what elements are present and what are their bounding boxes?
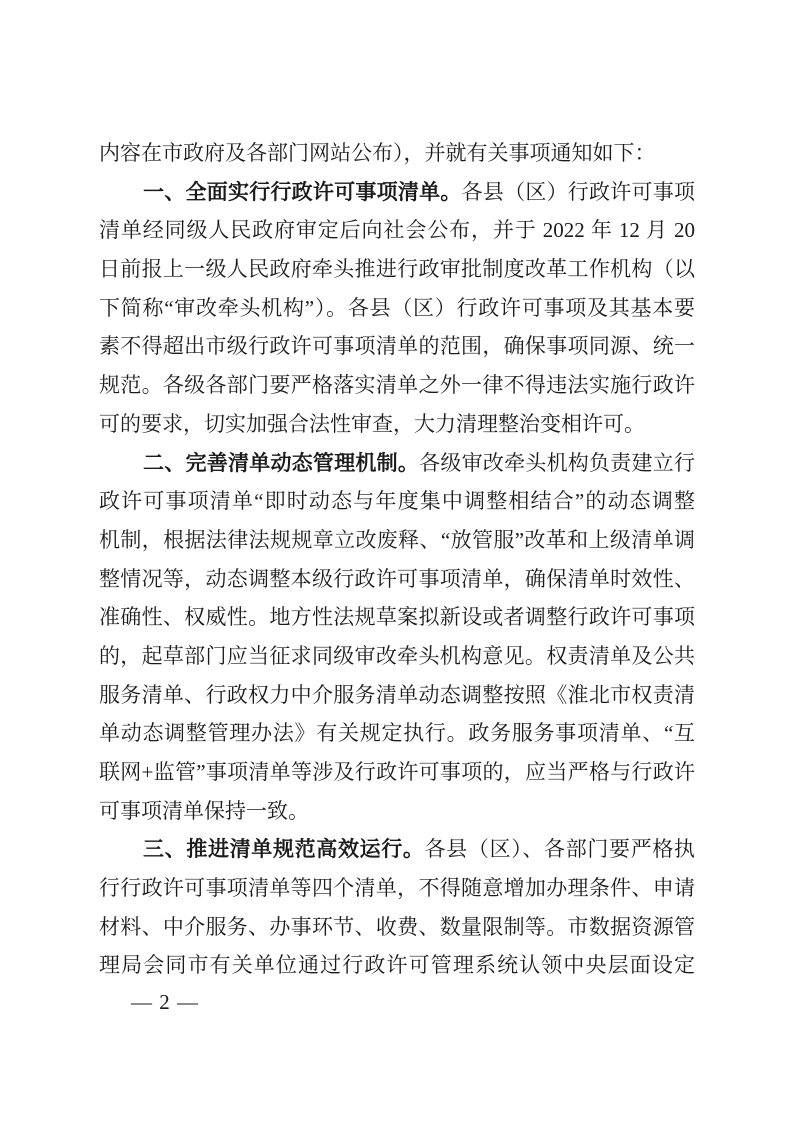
body-text: 可的要求，切实加强合法性审查，大力清理整治变相许可。 [99,412,645,436]
body-text: 机制，根据法律法规规章立改废释、“放管服”改革和上级清单调 [99,528,695,552]
section-heading: 三、推进清单规范高效运行。 [143,838,425,861]
body-text: 规范。各级各部门要严格落实清单之外一律不得违法实施行政许 [99,373,695,397]
text-line: 内容在市政府及各部门网站公布），并就有关事项通知如下： [99,134,695,173]
body-text: 素不得超出市级行政许可事项清单的范围，确保事项同源、统一 [99,334,695,358]
text-line: 的，起草部门应当征求同级审改牵头机构意见。权责清单及公共 [99,637,695,676]
body-text: 各级审改牵头机构负责建立行 [419,451,695,475]
text-line: 一、全面实行行政许可事项清单。各县（区）行政许可事项 [99,173,695,212]
text-line: 三、推进清单规范高效运行。各县（区）、各部门要严格执 [99,830,695,869]
paragraph: 三、推进清单规范高效运行。各县（区）、各部门要严格执行行政许可事项清单等四个清单… [99,830,695,985]
page-number: — 2 — [131,990,199,1014]
paragraph: 内容在市政府及各部门网站公布），并就有关事项通知如下： [99,134,695,173]
text-line: 材料、中介服务、办事环节、收费、数量限制等。市数据资源管 [99,908,695,947]
text-line: 理局会同市有关单位通过行政许可管理系统认领中央层面设定 [99,946,695,985]
text-line: 可的要求，切实加强合法性审查，大力清理整治变相许可。 [99,405,695,444]
document-body: 内容在市政府及各部门网站公布），并就有关事项通知如下：一、全面实行行政许可事项清… [99,134,695,985]
body-text: 单动态调整管理办法》有关规定执行。政务服务事项清单、“互 [99,721,695,745]
body-text: 的，起草部门应当征求同级审改牵头机构意见。权责清单及公共 [99,644,695,668]
text-line: 下简称“审改牵头机构”）。各县（区）行政许可事项及其基本要 [99,289,695,328]
text-line: 日前报上一级人民政府牵头推进行政审批制度改革工作机构（以 [99,250,695,289]
text-line: 政许可事项清单“即时动态与年度集中调整相结合”的动态调整 [99,482,695,521]
body-text: 各县（区）行政许可事项 [462,180,695,204]
body-text: 下简称“审改牵头机构”）。各县（区）行政许可事项及其基本要 [99,296,695,320]
body-text: 整情况等，动态调整本级行政许可事项清单，确保清单时效性、 [99,567,695,591]
body-text: 行行政许可事项清单等四个清单，不得随意增加办理条件、申请 [99,876,695,900]
document-page: 内容在市政府及各部门网站公布），并就有关事项通知如下：一、全面实行行政许可事项清… [0,0,793,1122]
section-heading: 一、全面实行行政许可事项清单。 [143,181,462,204]
text-line: 行行政许可事项清单等四个清单，不得随意增加办理条件、申请 [99,869,695,908]
paragraph: 一、全面实行行政许可事项清单。各县（区）行政许可事项清单经同级人民政府审定后向社… [99,173,695,444]
text-line: 整情况等，动态调整本级行政许可事项清单，确保清单时效性、 [99,560,695,599]
body-text: 准确性、权威性。地方性法规草案拟新设或者调整行政许可事项 [99,605,695,629]
body-text: 清单经同级人民政府审定后向社会公布，并于 2022 年 12 月 20 [99,218,695,242]
body-text: 理局会同市有关单位通过行政许可管理系统认领中央层面设定 [99,953,695,977]
body-text: 政许可事项清单“即时动态与年度集中调整相结合”的动态调整 [99,489,695,513]
text-line: 服务清单、行政权力中介服务清单动态调整按照《淮北市权责清 [99,676,695,715]
text-line: 单动态调整管理办法》有关规定执行。政务服务事项清单、“互 [99,714,695,753]
body-text: 材料、中介服务、办事环节、收费、数量限制等。市数据资源管 [99,915,695,939]
body-text: 可事项清单保持一致。 [99,799,309,823]
body-text: 联网+监管”事项清单等涉及行政许可事项的，应当严格与行政许 [99,760,695,784]
body-text: 内容在市政府及各部门网站公布），并就有关事项通知如下： [99,141,656,165]
body-text: 服务清单、行政权力中介服务清单动态调整按照《淮北市权责清 [99,683,695,707]
section-heading: 二、完善清单动态管理机制。 [143,452,419,475]
text-line: 清单经同级人民政府审定后向社会公布，并于 2022 年 12 月 20 [99,211,695,250]
text-line: 联网+监管”事项清单等涉及行政许可事项的，应当严格与行政许 [99,753,695,792]
body-text: 各县（区）、各部门要严格执 [425,837,695,861]
paragraph: 二、完善清单动态管理机制。各级审改牵头机构负责建立行政许可事项清单“即时动态与年… [99,444,695,831]
text-line: 素不得超出市级行政许可事项清单的范围，确保事项同源、统一 [99,327,695,366]
text-line: 可事项清单保持一致。 [99,792,695,831]
text-line: 规范。各级各部门要严格落实清单之外一律不得违法实施行政许 [99,366,695,405]
text-line: 二、完善清单动态管理机制。各级审改牵头机构负责建立行 [99,444,695,483]
text-line: 机制，根据法律法规规章立改废释、“放管服”改革和上级清单调 [99,521,695,560]
text-line: 准确性、权威性。地方性法规草案拟新设或者调整行政许可事项 [99,598,695,637]
body-text: 日前报上一级人民政府牵头推进行政审批制度改革工作机构（以 [99,257,695,281]
